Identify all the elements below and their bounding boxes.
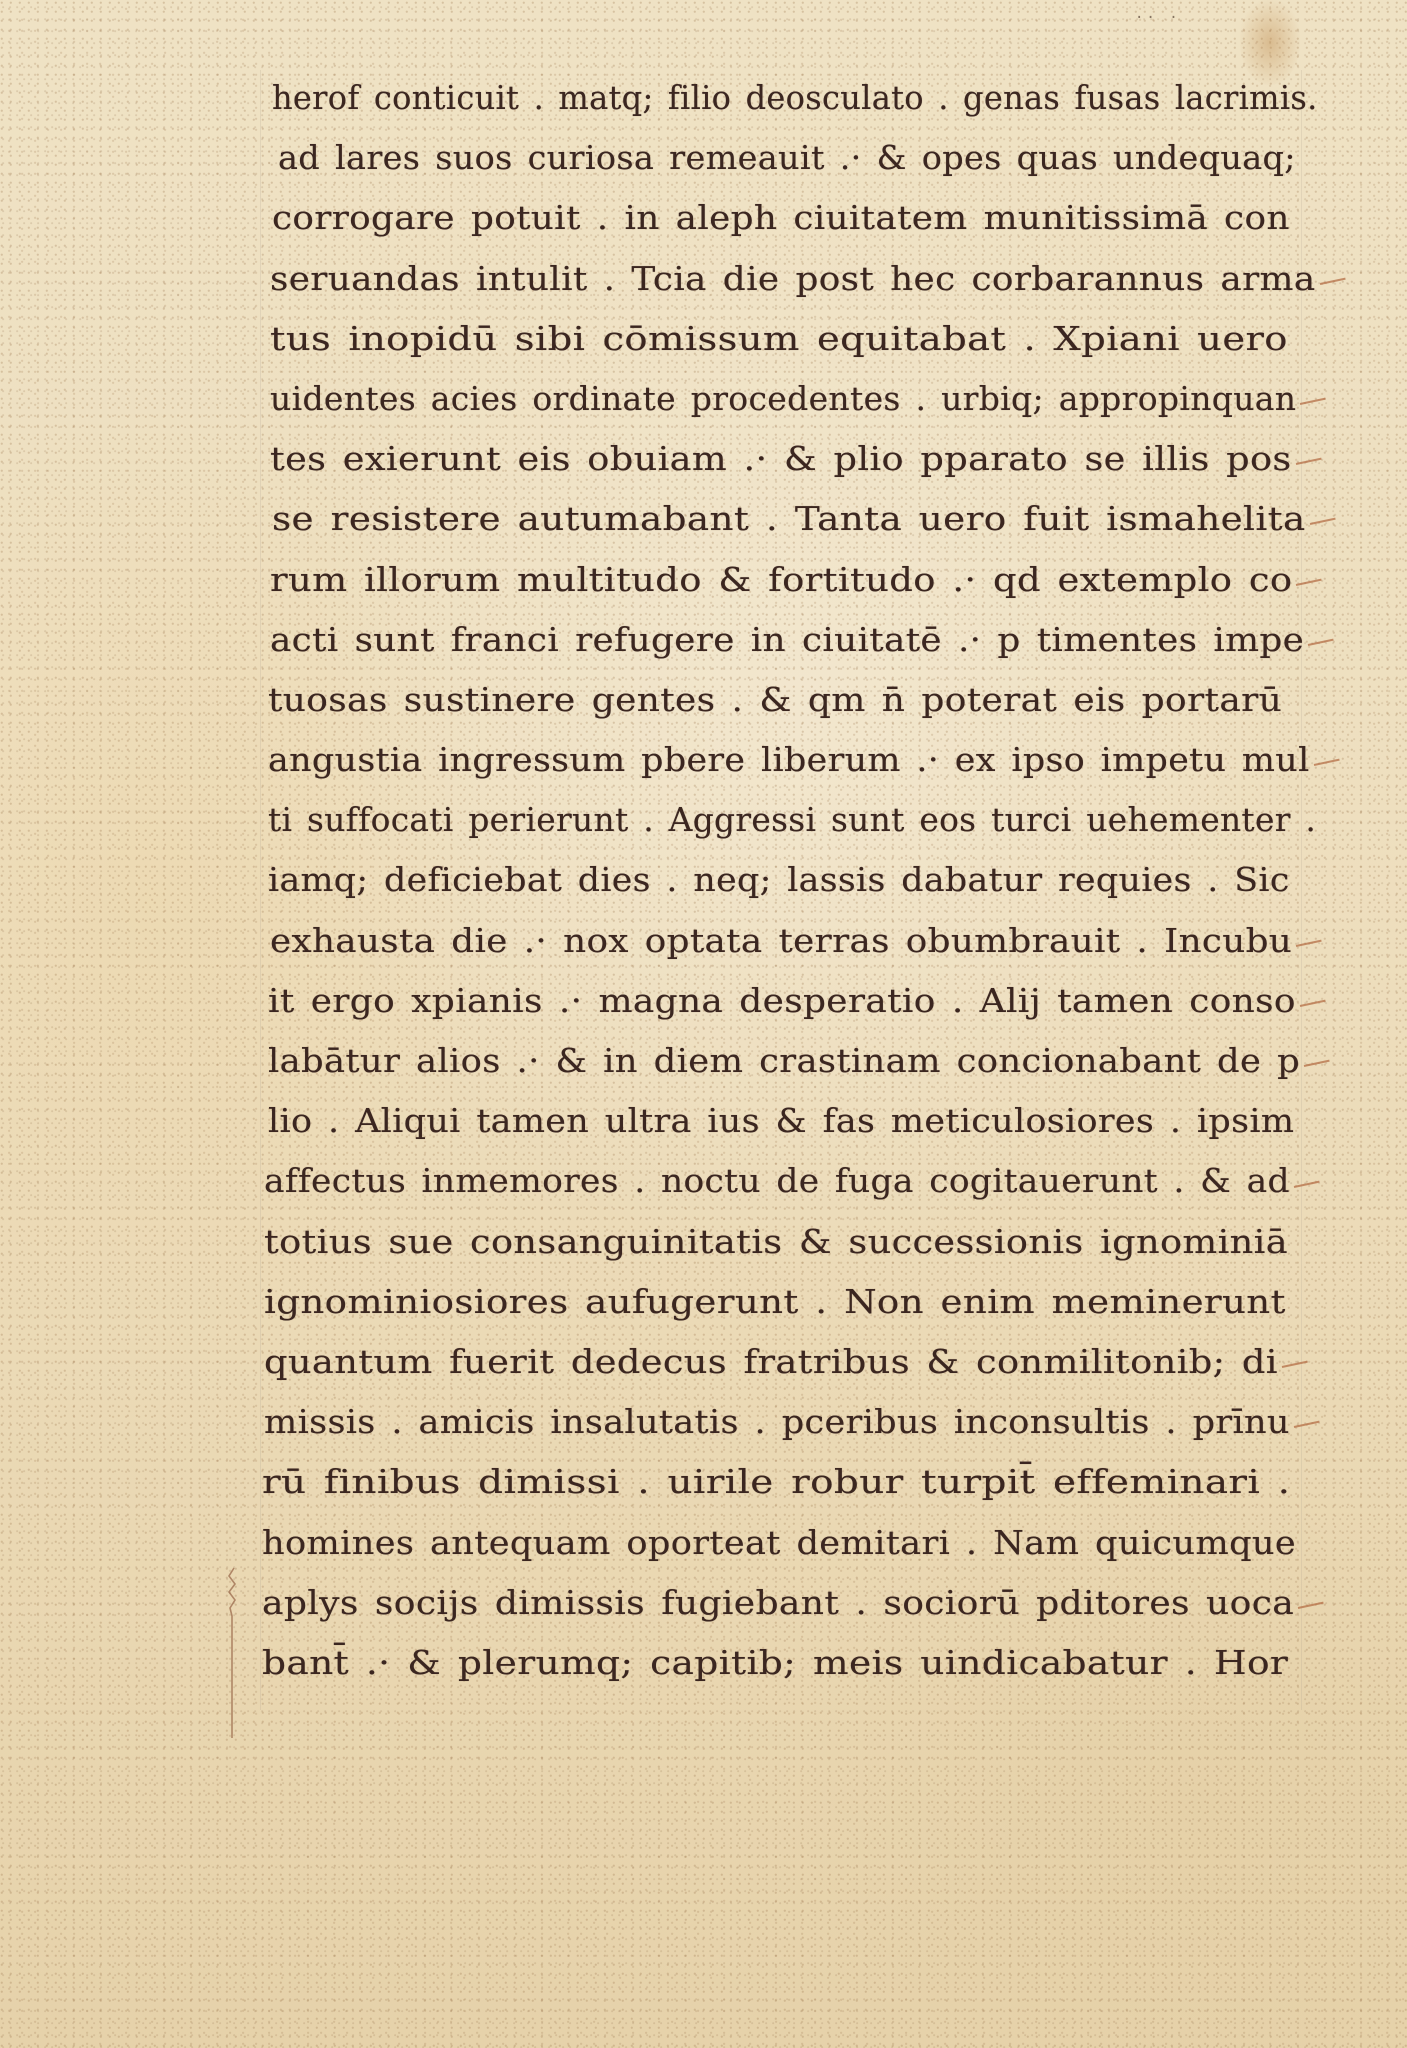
manuscript-line: ignominiosiores aufugerunt . Non enim me… <box>264 1272 1324 1332</box>
manuscript-line: iamq; deficiebat dies . neq; lassis daba… <box>268 850 1328 910</box>
manuscript-line-text: uidentes acies ordinate procedentes . ur… <box>270 369 1296 429</box>
manuscript-line: lio . Aliqui tamen ultra ius & fas metic… <box>268 1091 1328 1151</box>
manuscript-line-text: rū finibus dimissi . uirile robur turpit… <box>262 1452 1290 1512</box>
manuscript-line-text: totius sue consanguinitatis & succession… <box>264 1212 1288 1272</box>
manuscript-line: rum illorum multitudo & fortitudo .· qd … <box>270 550 1330 610</box>
manuscript-line-text: angustia ingressum pbere liberum .· ex i… <box>268 730 1310 790</box>
manuscript-text-block: herof conticuit . matq; filio deosculato… <box>268 68 1328 1693</box>
manuscript-line-text: labātur alios .· & in diem crastinam con… <box>268 1031 1300 1091</box>
manuscript-line-text: bant̄ .· & plerumq; capitib; meis uindic… <box>262 1633 1288 1693</box>
manuscript-line-text: aplys socijs dimissis fugiebant . socior… <box>262 1573 1294 1633</box>
manuscript-line-text: rum illorum multitudo & fortitudo .· qd … <box>270 550 1292 610</box>
manuscript-line-text: ignominiosiores aufugerunt . Non enim me… <box>264 1272 1286 1332</box>
manuscript-line: exhausta die .· nox optata terras obumbr… <box>270 911 1330 971</box>
manuscript-line: acti sunt franci refugere in ciuitatē .·… <box>270 610 1330 670</box>
manuscript-line: ad lares suos curiosa remeauit .· & opes… <box>278 128 1338 188</box>
margin-bracket-mark <box>226 1568 236 1728</box>
manuscript-line: tuosas sustinere gentes . & qm n̄ potera… <box>268 670 1328 730</box>
manuscript-line: it ergo xpianis .· magna desperatio . Al… <box>268 971 1328 1031</box>
manuscript-line-text: iamq; deficiebat dies . neq; lassis daba… <box>268 850 1290 910</box>
manuscript-line: uidentes acies ordinate procedentes . ur… <box>270 369 1330 429</box>
manuscript-line-text: seruandas intulit . Tcia die post hec co… <box>270 249 1316 309</box>
manuscript-line-text: tuosas sustinere gentes . & qm n̄ potera… <box>268 670 1282 730</box>
manuscript-line: herof conticuit . matq; filio deosculato… <box>272 68 1332 128</box>
manuscript-line-text: affectus inmemores . noctu de fuga cogit… <box>264 1151 1290 1211</box>
manuscript-line: aplys socijs dimissis fugiebant . socior… <box>262 1573 1322 1633</box>
manuscript-line: se resistere autumabant . Tanta uero fui… <box>272 489 1332 549</box>
manuscript-line-text: homines antequam oporteat demitari . Nam… <box>262 1513 1296 1573</box>
manuscript-line-text: herof conticuit . matq; filio deosculato… <box>272 68 1318 128</box>
manuscript-line: affectus inmemores . noctu de fuga cogit… <box>264 1151 1324 1211</box>
manuscript-line-text: lio . Aliqui tamen ultra ius & fas metic… <box>268 1091 1294 1151</box>
manuscript-line: quantum fuerit dedecus fratribus & conmi… <box>264 1332 1324 1392</box>
manuscript-line: labātur alios .· & in diem crastinam con… <box>268 1031 1328 1091</box>
manuscript-line: tus inopidū sibi cōmissum equitabat . Xp… <box>270 309 1330 369</box>
manuscript-line: totius sue consanguinitatis & succession… <box>264 1212 1324 1272</box>
manuscript-line-text: acti sunt franci refugere in ciuitatē .·… <box>270 610 1304 670</box>
manuscript-line-text: quantum fuerit dedecus fratribus & conmi… <box>264 1332 1278 1392</box>
manuscript-line: rū finibus dimissi . uirile robur turpit… <box>262 1452 1322 1512</box>
manuscript-line: bant̄ .· & plerumq; capitib; meis uindic… <box>262 1633 1322 1693</box>
manuscript-line-text: exhausta die .· nox optata terras obumbr… <box>270 911 1292 971</box>
manuscript-line-text: missis . amicis insalutatis . pceribus i… <box>264 1392 1290 1452</box>
manuscript-line-text: corrogare potuit . in aleph ciuitatem mu… <box>272 188 1290 248</box>
manuscript-line: tes exierunt eis obuiam .· & plio pparat… <box>270 429 1330 489</box>
folio-mark: ·· · <box>1135 10 1181 26</box>
manuscript-line: missis . amicis insalutatis . pceribus i… <box>264 1392 1324 1452</box>
manuscript-line: angustia ingressum pbere liberum .· ex i… <box>268 730 1328 790</box>
manuscript-line: corrogare potuit . in aleph ciuitatem mu… <box>272 188 1332 248</box>
manuscript-line-text: ad lares suos curiosa remeauit .· & opes… <box>278 128 1296 188</box>
manuscript-line-text: it ergo xpianis .· magna desperatio . Al… <box>268 971 1296 1031</box>
manuscript-line: ti suffocati perierunt . Aggressi sunt e… <box>268 790 1328 850</box>
manuscript-line: homines antequam oporteat demitari . Nam… <box>262 1513 1322 1573</box>
manuscript-line-text: tes exierunt eis obuiam .· & plio pparat… <box>270 429 1292 489</box>
manuscript-line-text: ti suffocati perierunt . Aggressi sunt e… <box>268 790 1316 850</box>
manuscript-line-text: se resistere autumabant . Tanta uero fui… <box>272 489 1306 549</box>
manuscript-line: seruandas intulit . Tcia die post hec co… <box>270 249 1330 309</box>
manuscript-line-text: tus inopidū sibi cōmissum equitabat . Xp… <box>270 309 1288 369</box>
